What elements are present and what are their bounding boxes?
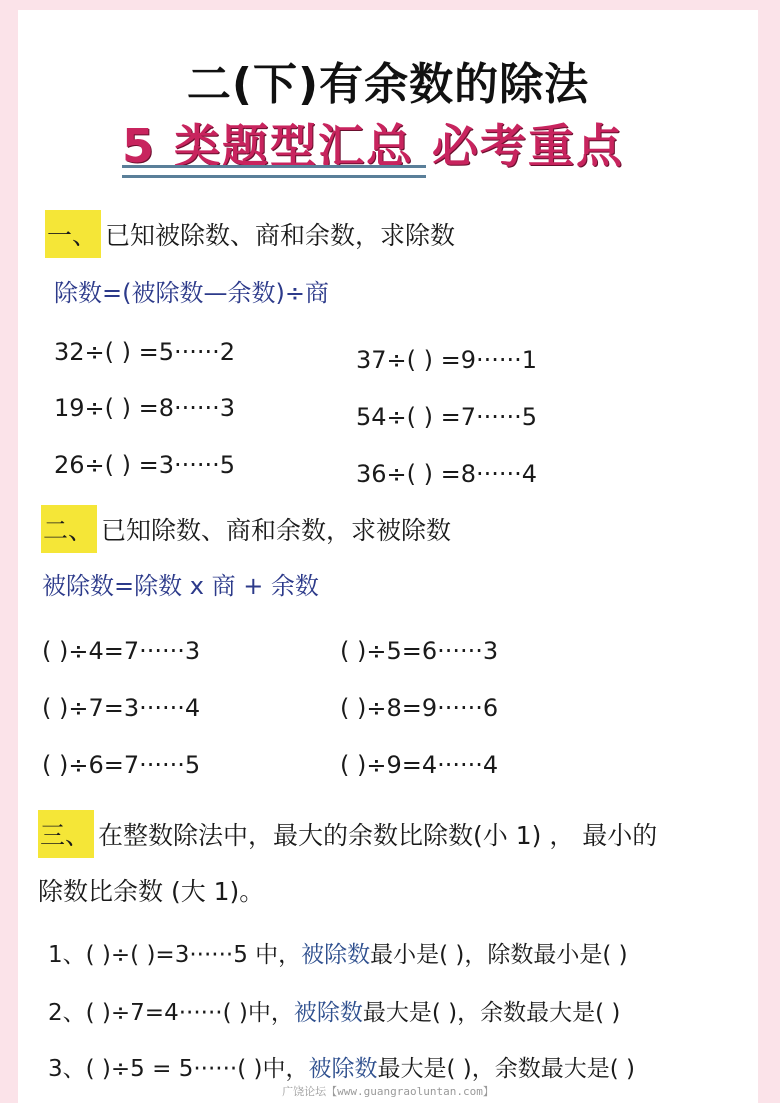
section-1-right-eq-2: 54÷( ) =7······5 bbox=[356, 403, 537, 431]
worksheet: 二(下)有余数的除法 5 类题型汇总 必考重点 一、已知被除数、商和余数，求除数… bbox=[18, 10, 758, 1103]
section-3-question-3: 3、( )÷5 = 5······( )中，被除数最大是( )，余数最大是( ) bbox=[48, 1050, 635, 1083]
section-2-right-eq-1: ( )÷5=6······3 bbox=[340, 637, 498, 665]
question-1-post: 最小是( )，除数最小是( ) bbox=[370, 942, 628, 968]
section-1-heading: 一、已知被除数、商和余数，求除数 bbox=[45, 210, 455, 258]
question-2-keyword: 被除数 bbox=[294, 1000, 363, 1026]
section-2-left-eq-2: ( )÷7=3······4 bbox=[42, 694, 200, 722]
section-3-title-1: 在整数除法中，最大的余数比除数(小 1) ， 最小的 bbox=[98, 821, 657, 850]
section-2-formula: 被除数=除数 x 商 + 余数 bbox=[42, 566, 319, 601]
section-1-left-eq-1: 32÷( ) =5······2 bbox=[54, 338, 235, 366]
section-3-heading-line-2: 除数比余数 (大 1)。 bbox=[38, 872, 264, 908]
question-3-pre: 3、( )÷5 = 5······( )中， bbox=[48, 1056, 308, 1082]
question-1-keyword: 被除数 bbox=[301, 942, 370, 968]
title-underline-top bbox=[122, 165, 426, 168]
section-2-number: 二、 bbox=[41, 505, 97, 553]
section-1-formula: 除数=(被除数—余数)÷商 bbox=[54, 273, 329, 308]
question-2-post: 最大是( )，余数最大是( ) bbox=[363, 1000, 621, 1026]
section-1-left-eq-3: 26÷( ) =3······5 bbox=[54, 451, 235, 479]
section-2-right-eq-3: ( )÷9=4······4 bbox=[340, 751, 498, 779]
question-3-keyword: 被除数 bbox=[308, 1056, 377, 1082]
title-underline-bottom bbox=[122, 175, 426, 178]
page-title: 二(下)有余数的除法 bbox=[18, 48, 758, 112]
section-2-left-eq-1: ( )÷4=7······3 bbox=[42, 637, 200, 665]
section-2-heading: 二、已知除数、商和余数，求被除数 bbox=[41, 505, 451, 553]
section-3-question-1: 1、( )÷( )=3······5 中，被除数最小是( )，除数最小是( ) bbox=[48, 936, 628, 969]
section-3-number: 三、 bbox=[38, 810, 94, 858]
section-1-right-eq-1: 37÷( ) =9······1 bbox=[356, 346, 537, 374]
section-2-title: 已知除数、商和余数，求被除数 bbox=[101, 516, 451, 545]
question-1-pre: 1、( )÷( )=3······5 中， bbox=[48, 942, 301, 968]
section-3-heading-line-1: 三、在整数除法中，最大的余数比除数(小 1) ， 最小的 bbox=[38, 810, 657, 858]
section-1-title: 已知被除数、商和余数，求除数 bbox=[105, 221, 455, 250]
section-1-left-eq-2: 19÷( ) =8······3 bbox=[54, 394, 235, 422]
question-2-pre: 2、( )÷7=4······( )中， bbox=[48, 1000, 294, 1026]
section-2-right-eq-2: ( )÷8=9······6 bbox=[340, 694, 498, 722]
section-1-number: 一、 bbox=[45, 210, 101, 258]
watermark: 广饶论坛【www.guangraoluntan.com】 bbox=[18, 1083, 758, 1099]
question-3-post: 最大是( )，余数最大是( ) bbox=[377, 1056, 635, 1082]
section-2-left-eq-3: ( )÷6=7······5 bbox=[42, 751, 200, 779]
section-3-question-2: 2、( )÷7=4······( )中，被除数最大是( )，余数最大是( ) bbox=[48, 994, 620, 1027]
section-1-right-eq-3: 36÷( ) =8······4 bbox=[356, 460, 537, 488]
